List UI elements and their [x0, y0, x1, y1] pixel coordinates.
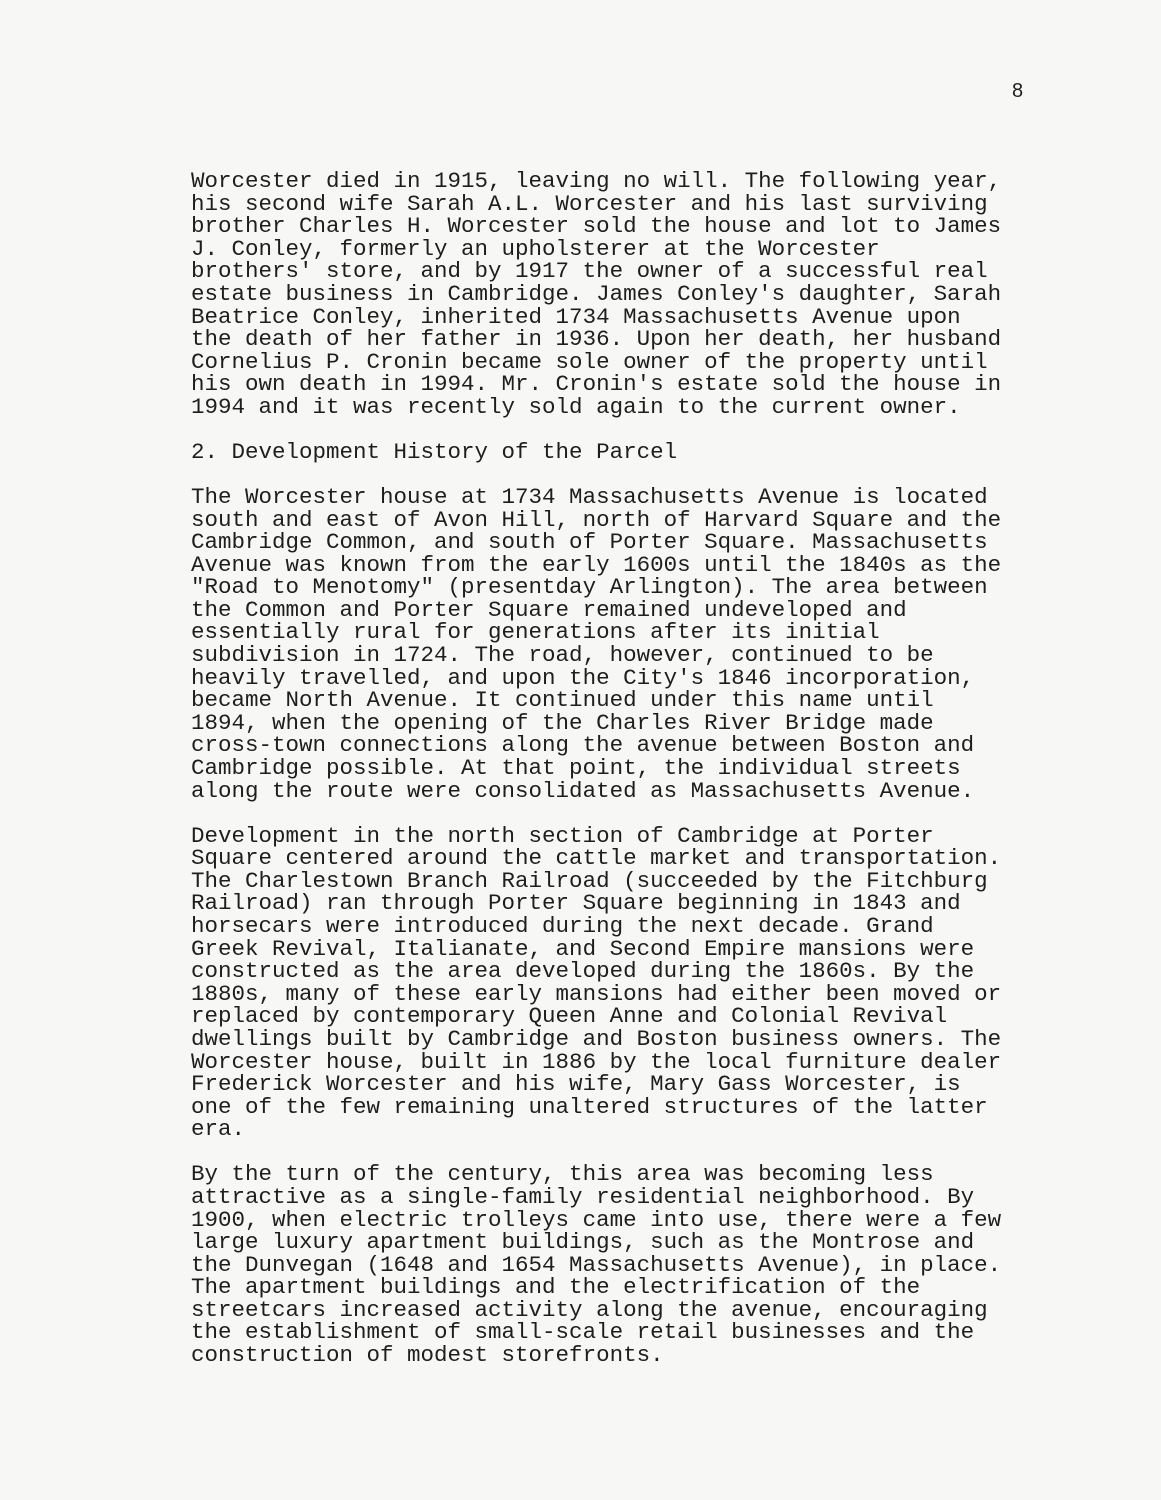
text-line: Worcester house, built in 1886 by the lo…	[191, 1051, 1091, 1074]
document-body: Worcester died in 1915, leaving no will.…	[191, 170, 1091, 1389]
text-line: construction of modest storefronts.	[191, 1344, 1091, 1367]
text-line: 1900, when electric trolleys came into u…	[191, 1209, 1091, 1232]
text-line: heavily travelled, and upon the City's 1…	[191, 667, 1091, 690]
text-line: subdivision in 1724. The road, however, …	[191, 644, 1091, 667]
text-line: Greek Revival, Italianate, and Second Em…	[191, 938, 1091, 961]
paragraph-turn-of-century: By the turn of the century, this area wa…	[191, 1163, 1091, 1366]
text-line: his own death in 1994. Mr. Cronin's esta…	[191, 373, 1091, 396]
text-line: replaced by contemporary Queen Anne and …	[191, 1005, 1091, 1028]
text-line: The Worcester house at 1734 Massachusett…	[191, 486, 1091, 509]
paragraph-porter-square-development: Development in the north section of Camb…	[191, 825, 1091, 1141]
text-line: the Common and Porter Square remained un…	[191, 599, 1091, 622]
text-line: attractive as a single-family residentia…	[191, 1186, 1091, 1209]
text-line: Cambridge possible. At that point, the i…	[191, 757, 1091, 780]
text-line: streetcars increased activity along the …	[191, 1299, 1091, 1322]
page-number: 8	[1012, 80, 1023, 103]
paragraph-ownership-history: Worcester died in 1915, leaving no will.…	[191, 170, 1091, 419]
text-line: The Charlestown Branch Railroad (succeed…	[191, 870, 1091, 893]
text-line: the Dunvegan (1648 and 1654 Massachusett…	[191, 1254, 1091, 1277]
text-line: became North Avenue. It continued under …	[191, 689, 1091, 712]
text-line: Cambridge Common, and south of Porter Sq…	[191, 531, 1091, 554]
text-line: large luxury apartment buildings, such a…	[191, 1231, 1091, 1254]
text-line: the death of her father in 1936. Upon he…	[191, 328, 1091, 351]
text-line: 1880s, many of these early mansions had …	[191, 983, 1091, 1006]
text-line: brother Charles H. Worcester sold the ho…	[191, 215, 1091, 238]
text-line: Cornelius P. Cronin became sole owner of…	[191, 351, 1091, 374]
text-line: the establishment of small-scale retail …	[191, 1321, 1091, 1344]
section-heading: 2. Development History of the Parcel	[191, 441, 1091, 464]
text-line: estate business in Cambridge. James Conl…	[191, 283, 1091, 306]
text-line: horsecars were introduced during the nex…	[191, 915, 1091, 938]
text-line: his second wife Sarah A.L. Worcester and…	[191, 193, 1091, 216]
text-line: south and east of Avon Hill, north of Ha…	[191, 509, 1091, 532]
text-line: By the turn of the century, this area wa…	[191, 1163, 1091, 1186]
text-line: constructed as the area developed during…	[191, 960, 1091, 983]
text-line: Beatrice Conley, inherited 1734 Massachu…	[191, 306, 1091, 329]
text-line: 1994 and it was recently sold again to t…	[191, 396, 1091, 419]
text-line: one of the few remaining unaltered struc…	[191, 1096, 1091, 1119]
text-line: Frederick Worcester and his wife, Mary G…	[191, 1073, 1091, 1096]
text-line: J. Conley, formerly an upholsterer at th…	[191, 238, 1091, 261]
text-line: "Road to Menotomy" (presentday Arlington…	[191, 576, 1091, 599]
text-line: era.	[191, 1118, 1091, 1141]
paragraph-location: The Worcester house at 1734 Massachusett…	[191, 486, 1091, 802]
text-line: Avenue was known from the early 1600s un…	[191, 554, 1091, 577]
text-line: along the route were consolidated as Mas…	[191, 780, 1091, 803]
text-line: brothers' store, and by 1917 the owner o…	[191, 260, 1091, 283]
text-line: dwellings built by Cambridge and Boston …	[191, 1028, 1091, 1051]
text-line: Worcester died in 1915, leaving no will.…	[191, 170, 1091, 193]
text-line: cross-town connections along the avenue …	[191, 734, 1091, 757]
text-line: essentially rural for generations after …	[191, 621, 1091, 644]
text-line: Square centered around the cattle market…	[191, 847, 1091, 870]
text-line: The apartment buildings and the electrif…	[191, 1276, 1091, 1299]
text-line: 1894, when the opening of the Charles Ri…	[191, 712, 1091, 735]
text-line: Railroad) ran through Porter Square begi…	[191, 892, 1091, 915]
text-line: Development in the north section of Camb…	[191, 825, 1091, 848]
